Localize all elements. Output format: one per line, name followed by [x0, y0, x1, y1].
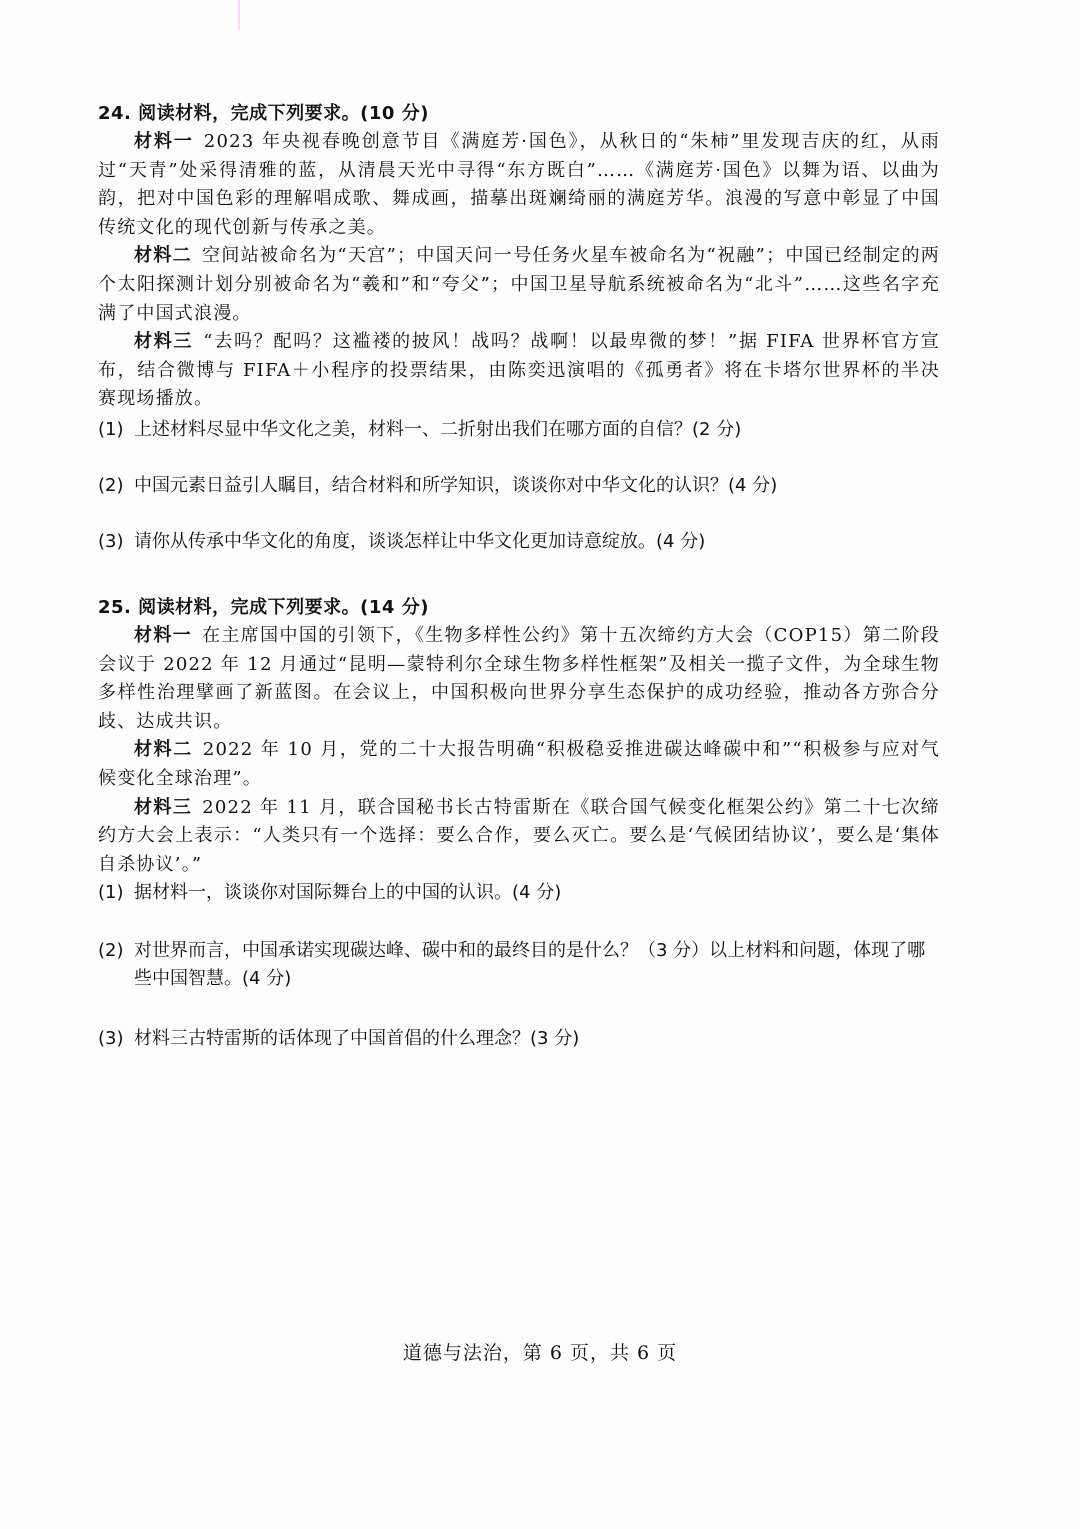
material-label: 材料三 — [134, 797, 192, 818]
material-paragraph: 材料一2023 年央视春晚创意节目《满庭芳·国色》，从秋日的“朱柿”里发现吉庆的… — [98, 128, 940, 242]
sub-question-text: 请你从传承中华文化的角度，谈谈怎样让中华文化更加诗意绽放。(4 分) — [134, 531, 705, 552]
sub-question-number: (1) — [98, 879, 134, 907]
material-label: 材料一 — [134, 625, 192, 646]
material-text: 空间站被命名为“天宫”；中国天问一号任务火星车被命名为“祝融”；中国已经制定的两… — [98, 245, 940, 323]
question-title: 25. 阅读材料，完成下列要求。(14 分) — [98, 594, 940, 622]
material-paragraph: 材料三“去吗？配吗？这褴褛的披风！战吗？战啊！以最卑微的梦！”据 FIFA 世界… — [98, 328, 940, 414]
material-paragraph: 材料一在主席国中国的引领下，《生物多样性公约》第十五次缔约方大会（COP15）第… — [98, 622, 940, 736]
material-label: 材料一 — [134, 131, 194, 152]
sub-question: (2)中国元素日益引人瞩目，结合材料和所学知识，谈谈你对中华文化的认识？(4 分… — [98, 472, 940, 500]
material-text: 2022 年 11 月，联合国秘书长古特雷斯在《联合国气候变化框架公约》第二十七… — [98, 797, 940, 875]
material-paragraph: 材料二空间站被命名为“天宫”；中国天问一号任务火星车被命名为“祝融”；中国已经制… — [98, 242, 940, 328]
sub-question-text: 据材料一，谈谈你对国际舞台上的中国的认识。(4 分) — [134, 882, 561, 903]
sub-question-text: 中国元素日益引人瞩目，结合材料和所学知识，谈谈你对中华文化的认识？(4 分) — [134, 475, 777, 496]
material-text: 2023 年央视春晚创意节目《满庭芳·国色》，从秋日的“朱柿”里发现吉庆的红，从… — [98, 131, 940, 238]
material-text: “去吗？配吗？这褴褛的披风！战吗？战啊！以最卑微的梦！”据 FIFA 世界杯官方… — [98, 331, 940, 409]
sub-question: (3)请你从传承中华文化的角度，谈谈怎样让中华文化更加诗意绽放。(4 分) — [98, 528, 940, 556]
sub-question-number: (3) — [98, 1025, 134, 1053]
sub-question-text: 对世界而言，中国承诺实现碳达峰、碳中和的最终目的是什么？（3 分）以上材料和问题… — [134, 940, 925, 989]
question-25: 25. 阅读材料，完成下列要求。(14 分) 材料一在主席国中国的引领下，《生物… — [98, 594, 940, 1053]
scan-artifact — [238, 0, 240, 30]
sub-question: (2)对世界而言，中国承诺实现碳达峰、碳中和的最终目的是什么？（3 分）以上材料… — [98, 937, 940, 993]
sub-question-text: 上述材料尽显中华文化之美，材料一、二折射出我们在哪方面的自信？(2 分) — [134, 419, 741, 440]
material-label: 材料二 — [134, 245, 192, 266]
sub-question-number: (3) — [98, 528, 134, 556]
question-title: 24. 阅读材料，完成下列要求。(10 分) — [98, 100, 940, 128]
sub-question-number: (2) — [98, 937, 134, 965]
sub-question-text: 材料三古特雷斯的话体现了中国首倡的什么理念？(3 分) — [134, 1028, 579, 1049]
material-text: 在主席国中国的引领下，《生物多样性公约》第十五次缔约方大会（COP15）第二阶段… — [98, 625, 940, 732]
sub-question: (1)上述材料尽显中华文化之美，材料一、二折射出我们在哪方面的自信？(2 分) — [98, 416, 940, 444]
material-paragraph: 材料三2022 年 11 月，联合国秘书长古特雷斯在《联合国气候变化框架公约》第… — [98, 794, 940, 880]
sub-question: (3)材料三古特雷斯的话体现了中国首倡的什么理念？(3 分) — [98, 1025, 940, 1053]
exam-page: 24. 阅读材料，完成下列要求。(10 分) 材料一2023 年央视春晚创意节目… — [98, 100, 940, 1053]
question-24: 24. 阅读材料，完成下列要求。(10 分) 材料一2023 年央视春晚创意节目… — [98, 100, 940, 556]
material-label: 材料三 — [134, 331, 193, 352]
sub-question-number: (1) — [98, 416, 134, 444]
material-label: 材料二 — [134, 739, 193, 760]
material-paragraph: 材料二2022 年 10 月，党的二十大报告明确“积极稳妥推进碳达峰碳中和”“积… — [98, 736, 940, 793]
sub-question-number: (2) — [98, 472, 134, 500]
material-text: 2022 年 10 月，党的二十大报告明确“积极稳妥推进碳达峰碳中和”“积极参与… — [98, 739, 940, 789]
page-footer: 道德与法治，第 6 页，共 6 页 — [0, 1338, 1080, 1365]
sub-question: (1)据材料一，谈谈你对国际舞台上的中国的认识。(4 分) — [98, 879, 940, 907]
